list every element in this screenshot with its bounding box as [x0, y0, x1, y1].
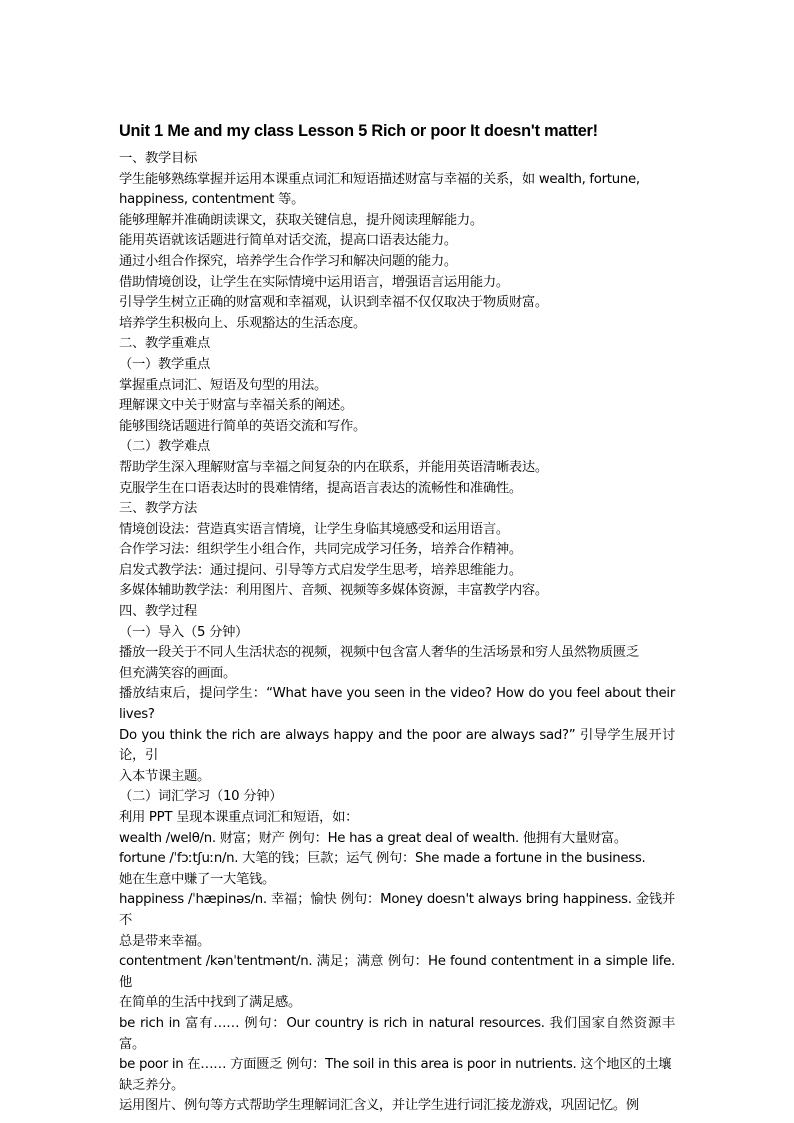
paragraph-line: happiness, contentment 等。 [119, 190, 675, 211]
document-title: Unit 1 Me and my class Lesson 5 Rich or … [119, 120, 675, 142]
paragraph-line: 在简单的生活中找到了满足感。 [119, 993, 675, 1014]
vocab-item-be-rich-in: be rich in 富有…… 例句：Our country is rich i… [119, 1014, 675, 1055]
paragraph-line: 能用英语就该话题进行简单对话交流，提高口语表达能力。 [119, 231, 675, 252]
section-methods: 三、教学方法 情境创设法：营造真实语言情境，让学生身临其境感受和运用语言。 合作… [119, 499, 675, 602]
heading-methods: 三、教学方法 [119, 499, 675, 520]
paragraph-line: 她在生意中赚了一大笔钱。 [119, 870, 675, 891]
subheading-focus: （一）教学重点 [119, 355, 675, 376]
paragraph-line: 掌握重点词汇、短语及句型的用法。 [119, 376, 675, 397]
subheading-difficulties: （二）教学难点 [119, 437, 675, 458]
paragraph-line: 利用 PPT 呈现本课重点词汇和短语，如： [119, 808, 675, 829]
paragraph-line: 情境创设法：营造真实语言情境，让学生身临其境感受和运用语言。 [119, 520, 675, 541]
heading-process: 四、教学过程 [119, 602, 675, 623]
heading-objectives: 一、教学目标 [119, 149, 675, 170]
document-page: Unit 1 Me and my class Lesson 5 Rich or … [0, 0, 794, 1123]
paragraph-line: 多媒体辅助教学法：利用图片、音频、视频等多媒体资源，丰富教学内容。 [119, 581, 675, 602]
paragraph-line: 但充满笑容的画面。 [119, 664, 675, 685]
paragraph-line: 运用图片、例句等方式帮助学生理解词汇含义，并让学生进行词汇接龙游戏，巩固记忆。例 [119, 1096, 675, 1117]
paragraph-line: 能够理解并准确朗读课文，获取关键信息，提升阅读理解能力。 [119, 211, 675, 232]
paragraph-line: 播放结束后，提问学生：“What have you seen in the vi… [119, 684, 675, 725]
vocab-item-be-poor-in: be poor in 在…… 方面匮乏 例句：The soil in this … [119, 1055, 675, 1076]
section-process: 四、教学过程 （一）导入（5 分钟） 播放一段关于不同人生活状态的视频，视频中包… [119, 602, 675, 1117]
paragraph-line: 克服学生在口语表达时的畏难情绪，提高语言表达的流畅性和准确性。 [119, 479, 675, 500]
paragraph-line: 缺乏养分。 [119, 1076, 675, 1097]
paragraph-line: 理解课文中关于财富与幸福关系的阐述。 [119, 396, 675, 417]
paragraph-line: 引导学生树立正确的财富观和幸福观，认识到幸福不仅仅取决于物质财富。 [119, 293, 675, 314]
vocab-item-happiness: happiness /ˈhæpinəs/n. 幸福；愉快 例句：Money do… [119, 890, 675, 931]
subheading-lead-in: （一）导入（5 分钟） [119, 623, 675, 644]
paragraph-line: 学生能够熟练掌握并运用本课重点词汇和短语描述财富与幸福的关系，如 wealth,… [119, 170, 675, 191]
paragraph-line: 借助情境创设，让学生在实际情境中运用语言，增强语言运用能力。 [119, 273, 675, 294]
paragraph-line: 总是带来幸福。 [119, 932, 675, 953]
document-body: Unit 1 Me and my class Lesson 5 Rich or … [119, 120, 675, 1117]
paragraph-line: 合作学习法：组织学生小组合作，共同完成学习任务，培养合作精神。 [119, 540, 675, 561]
subheading-vocabulary: （二）词汇学习（10 分钟） [119, 787, 675, 808]
paragraph-line: Do you think the rich are always happy a… [119, 726, 675, 767]
paragraph-line: 入本节课主题。 [119, 767, 675, 788]
paragraph-line: 帮助学生深入理解财富与幸福之间复杂的内在联系，并能用英语清晰表达。 [119, 458, 675, 479]
paragraph-line: 能够围绕话题进行简单的英语交流和写作。 [119, 417, 675, 438]
paragraph-line: 培养学生积极向上、乐观豁达的生活态度。 [119, 314, 675, 335]
section-key-points: 二、教学重难点 （一）教学重点 掌握重点词汇、短语及句型的用法。 理解课文中关于… [119, 334, 675, 499]
paragraph-line: 播放一段关于不同人生活状态的视频，视频中包含富人奢华的生活场景和穷人虽然物质匮乏 [119, 643, 675, 664]
vocab-item-fortune: fortune /ˈfɔːtʃuːn/n. 大笔的钱；巨款；运气 例句：She … [119, 849, 675, 870]
paragraph-line: 启发式教学法：通过提问、引导等方式启发学生思考，培养思维能力。 [119, 561, 675, 582]
vocab-item-wealth: wealth /welθ/n. 财富；财产 例句：He has a great … [119, 829, 675, 850]
section-objectives: 一、教学目标 学生能够熟练掌握并运用本课重点词汇和短语描述财富与幸福的关系，如 … [119, 149, 675, 334]
vocab-item-contentment: contentment /kənˈtentmənt/n. 满足；满意 例句：He… [119, 952, 675, 993]
heading-key-points: 二、教学重难点 [119, 334, 675, 355]
paragraph-line: 通过小组合作探究，培养学生合作学习和解决问题的能力。 [119, 252, 675, 273]
